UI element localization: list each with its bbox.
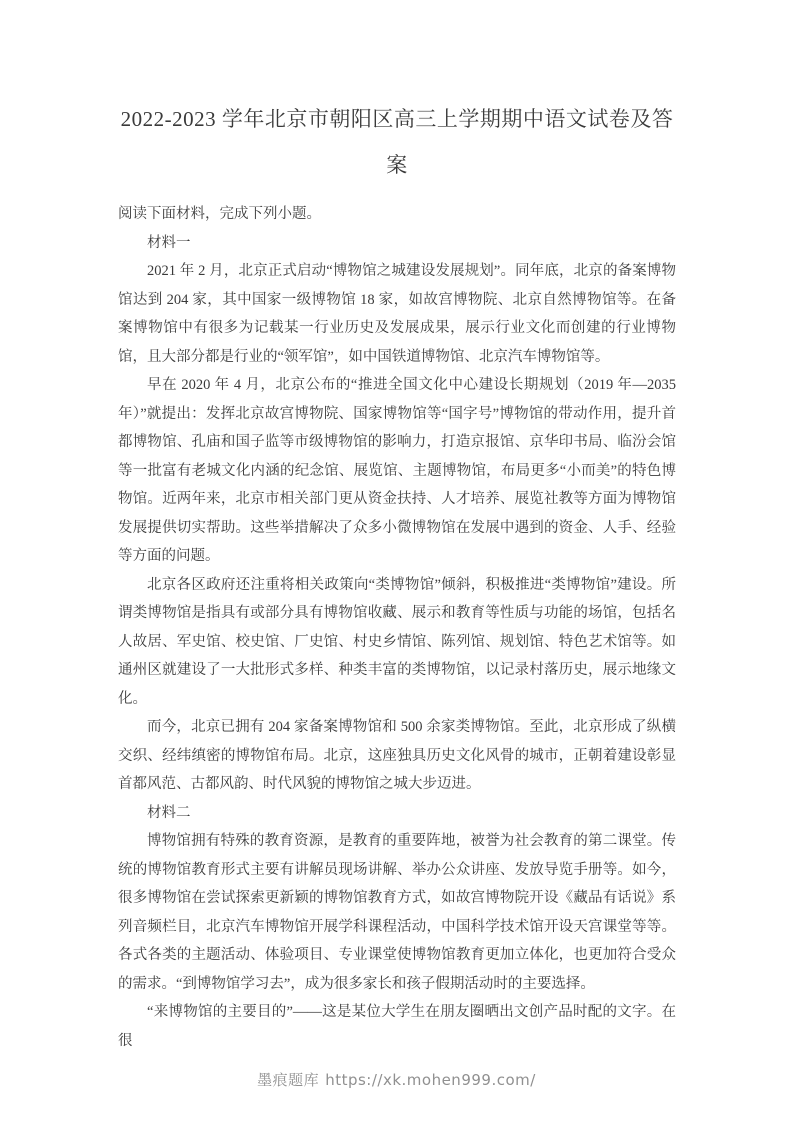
material-1-paragraph-4: 而今，北京已拥有 204 家备案博物馆和 500 余家类博物馆。至此，北京形成了… (118, 713, 676, 799)
material-1-paragraph-1: 2021 年 2 月，北京正式启动“博物馆之城建设发展规划”。同年底，北京的备案… (118, 257, 676, 371)
material-2-paragraph-1: 博物馆拥有特殊的教育资源，是教育的重要阵地，被誉为社会教育的第二课堂。传统的博物… (118, 827, 676, 998)
document-page: 2022-2023 学年北京市朝阳区高三上学期期中语文试卷及答案 阅读下面材料，… (0, 0, 793, 1122)
footer-site-name: 墨痕题库 (257, 1071, 319, 1089)
page-footer: 墨痕题库https://xk.mohen999.com/ (0, 1069, 793, 1090)
section-heading-material-1: 材料一 (118, 229, 676, 258)
page-title: 2022-2023 学年北京市朝阳区高三上学期期中语文试卷及答案 (118, 96, 676, 188)
material-1-paragraph-2: 早在 2020 年 4 月，北京公布的“推进全国文化中心建设长期规划（2019 … (118, 371, 676, 571)
material-1-paragraph-3: 北京各区政府还注重将相关政策向“类博物馆”倾斜，积极推进“类博物馆”建设。所谓类… (118, 571, 676, 714)
material-2-paragraph-2: “来博物馆的主要目的”——这是某位大学生在朋友圈晒出文创产品时配的文字。在很 (118, 998, 676, 1055)
section-heading-material-2: 材料二 (118, 799, 676, 828)
footer-site-url[interactable]: https://xk.mohen999.com/ (325, 1071, 536, 1089)
intro-line: 阅读下面材料，完成下列小题。 (118, 200, 676, 229)
document-body: 阅读下面材料，完成下列小题。 材料一 2021 年 2 月，北京正式启动“博物馆… (118, 200, 676, 1055)
